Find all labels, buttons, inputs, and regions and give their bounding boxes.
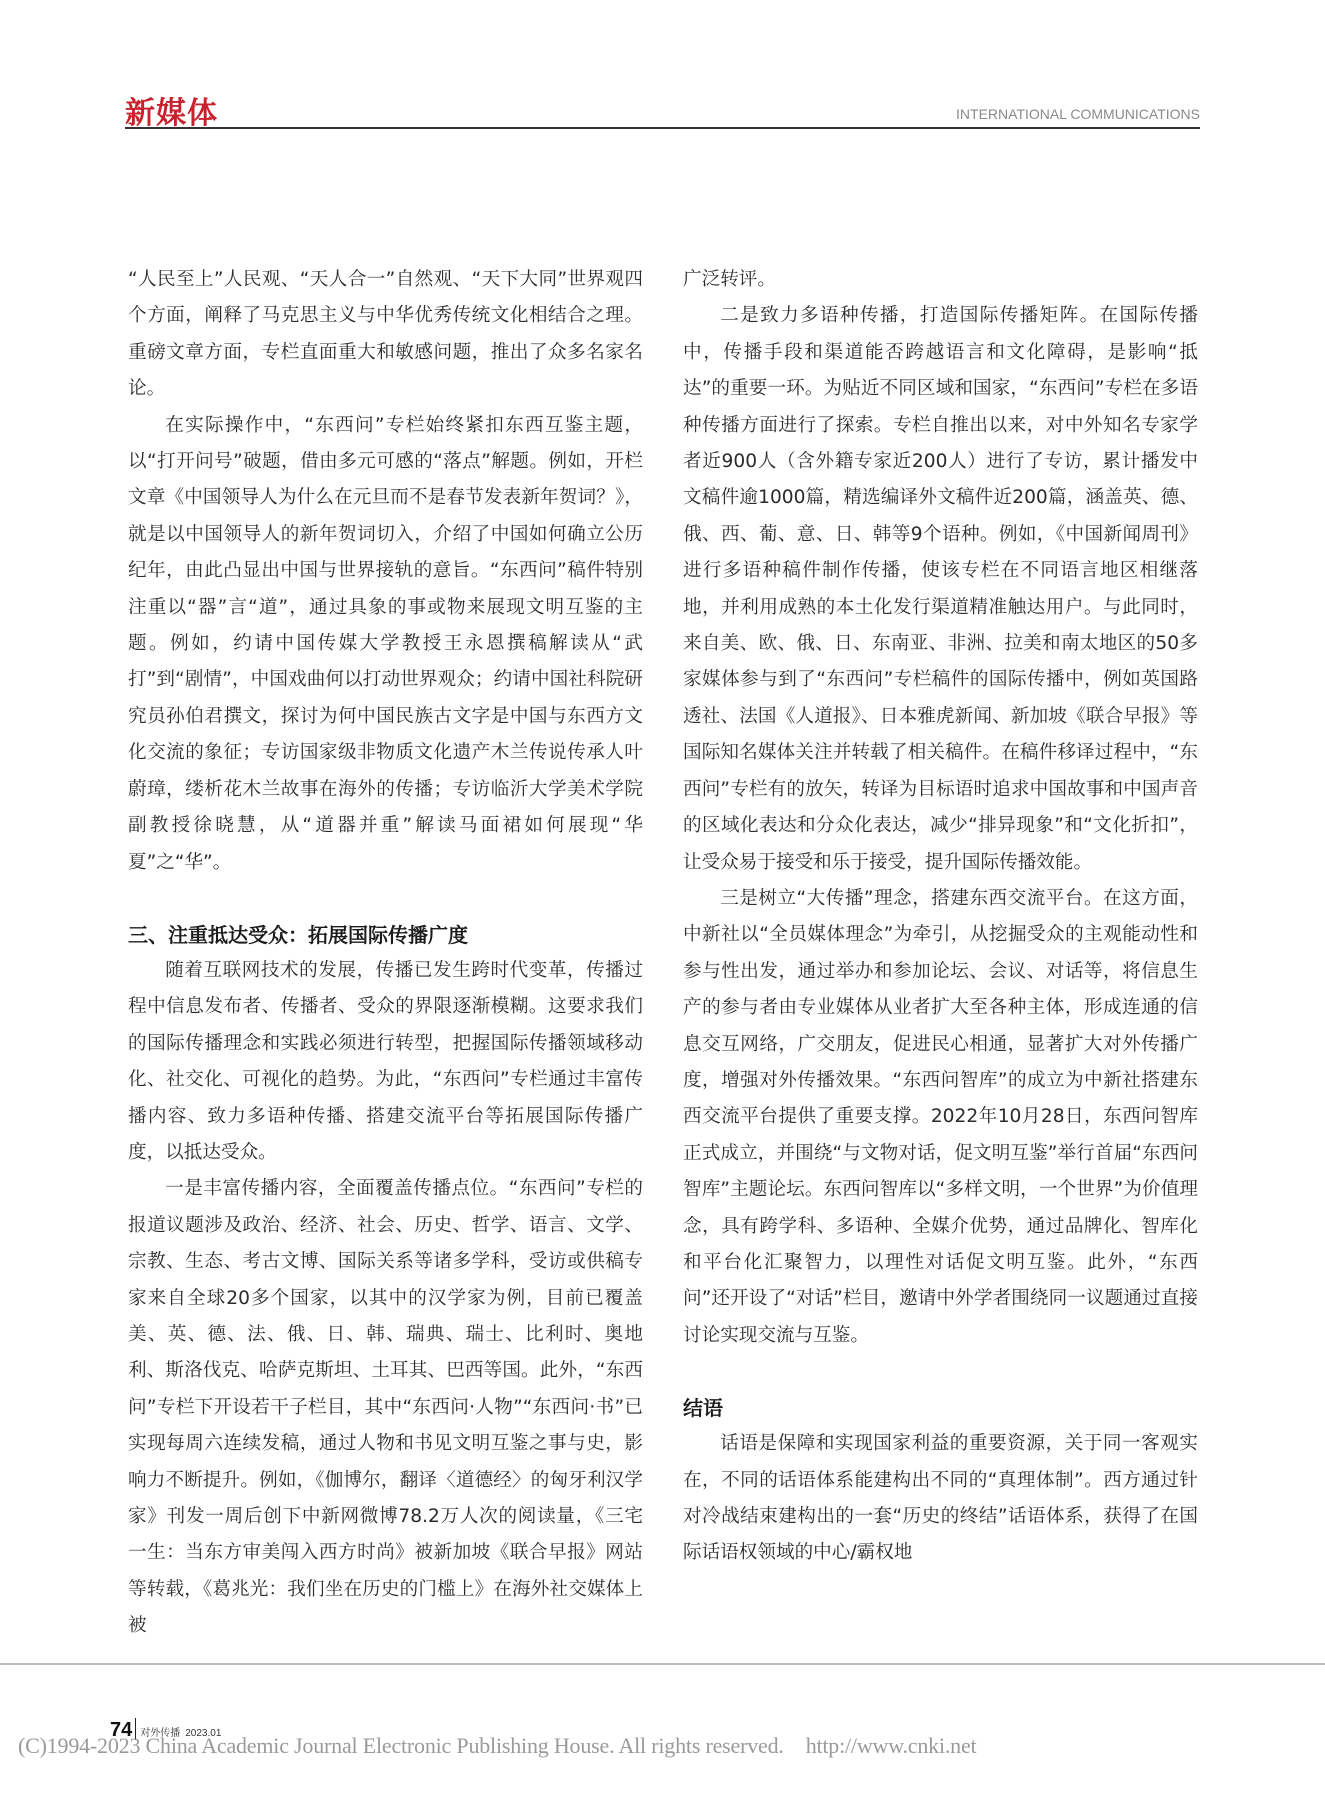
left-column: “人民至上”人民观、“天人合一”自然观、“天下大同”世界观四个方面，阐释了马克思…: [128, 262, 643, 1645]
page-header: 新媒体 INTERNATIONAL COMMUNICATIONS: [125, 88, 1200, 128]
copyright-notice: (C)1994-2023 China Academic Journal Elec…: [18, 1733, 976, 1759]
section-title-en: INTERNATIONAL COMMUNICATIONS: [956, 106, 1200, 122]
column-brand: 新媒体: [125, 88, 218, 132]
paragraph: 随着互联网技术的发展，传播已发生跨时代变革，传播过程中信息发布者、传播者、受众的…: [128, 953, 643, 1171]
paragraph: 话语是保障和实现国家利益的重要资源，关于同一客观实在，不同的话语体系能建构出不同…: [683, 1426, 1198, 1572]
right-column: 广泛转评。 二是致力多语种传播，打造国际传播矩阵。在国际传播中，传播手段和渠道能…: [683, 262, 1198, 1572]
paragraph: “人民至上”人民观、“天人合一”自然观、“天下大同”世界观四个方面，阐释了马克思…: [128, 262, 643, 408]
footer-divider: [0, 1663, 1325, 1665]
cnki-link[interactable]: http://www.cnki.net: [806, 1733, 977, 1758]
paragraph: 在实际操作中，“东西问”专栏始终紧扣东西互鉴主题，以“打开问号”破题，借由多元可…: [128, 408, 643, 881]
paragraph: 三是树立“大传播”理念，搭建东西交流平台。在这方面，中新社以“全员媒体理念”为牵…: [683, 881, 1198, 1354]
copyright-text: (C)1994-2023 China Academic Journal Elec…: [18, 1733, 784, 1758]
header-divider: [125, 127, 1200, 129]
section-heading: 三、注重抵达受众：拓展国际传播广度: [128, 917, 643, 953]
paragraph: 广泛转评。: [683, 262, 1198, 298]
section-heading: 结语: [683, 1390, 1198, 1426]
paragraph: 一是丰富传播内容，全面覆盖传播点位。“东西问”专栏的报道议题涉及政治、经济、社会…: [128, 1171, 643, 1644]
paragraph: 二是致力多语种传播，打造国际传播矩阵。在国际传播中，传播手段和渠道能否跨越语言和…: [683, 298, 1198, 881]
